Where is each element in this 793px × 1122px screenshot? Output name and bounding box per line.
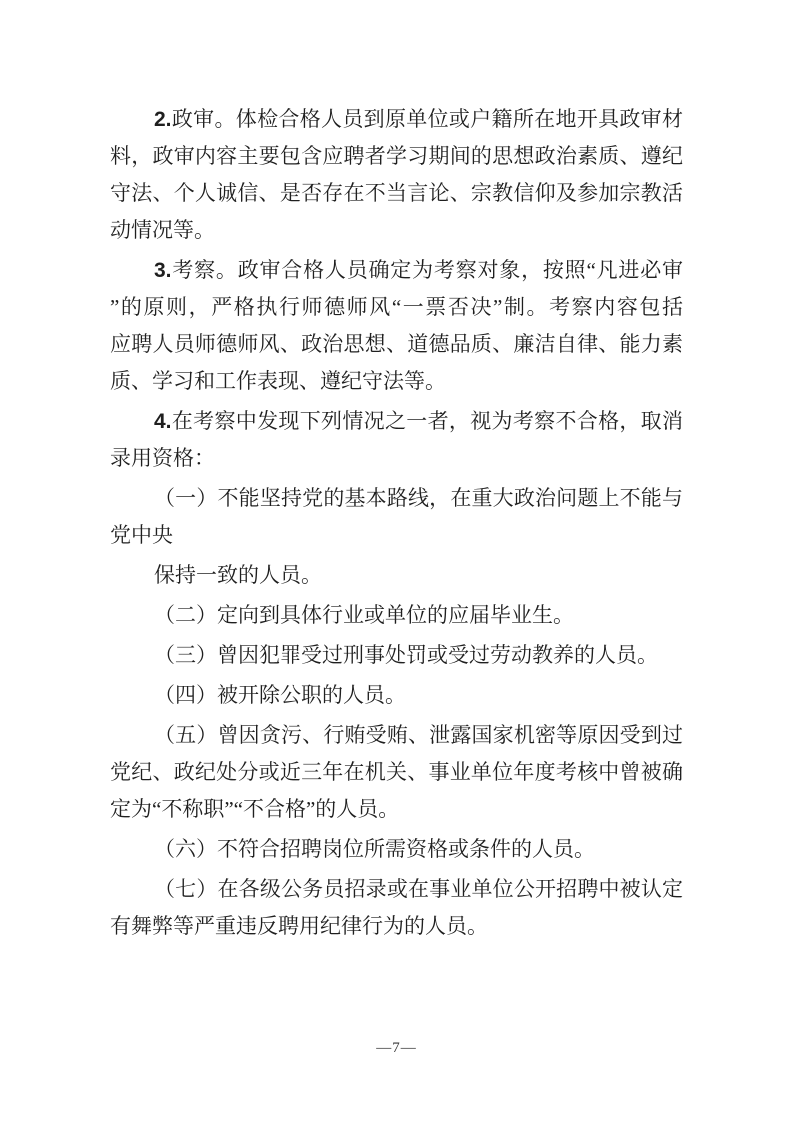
text-line: 质、学习和工作表现、遵纪守法等。 — [110, 363, 683, 400]
page-number: —7— — [0, 1040, 793, 1057]
clause-3: （三）曾因犯罪受过刑事处罚或受过劳动教养的人员。 — [110, 637, 683, 674]
paragraph-2-political-review: 2.政审。体检合格人员到原单位或户籍所在地开具政审材 料，政审内容主要包含应聘者… — [110, 101, 683, 249]
text-line: 动情况等。 — [110, 212, 683, 249]
text-line: 4.在考察中发现下列情况之一者，视为考察不合格，取消 — [110, 403, 683, 440]
text-line: （五）曾因贪污、行贿受贿、泄露国家机密等原因受到过 — [110, 717, 683, 754]
text-line: 3.考察。政审合格人员确定为考察对象，按照“凡进必审 — [110, 252, 683, 289]
list-number: 4. — [154, 410, 172, 433]
clause-6: （六）不符合招聘岗位所需资格或条件的人员。 — [110, 831, 683, 868]
clause-1-continued: 保持一致的人员。 — [110, 557, 683, 594]
text-line: 定为“不称职”“不合格”的人员。 — [110, 791, 683, 828]
clause-2: （二）定向到具体行业或单位的应届毕业生。 — [110, 597, 683, 634]
text-line: 有舞弊等严重违反聘用纪律行为的人员。 — [110, 908, 683, 945]
text-line: （七）在各级公务员招录或在事业单位公开招聘中被认定 — [110, 871, 683, 908]
text-line: 党纪、政纪处分或近三年在机关、事业单位年度考核中曾被确 — [110, 754, 683, 791]
text-line: （六）不符合招聘岗位所需资格或条件的人员。 — [110, 831, 683, 868]
text-line: （四）被开除公职的人员。 — [110, 677, 683, 714]
text-line: 党中央 — [110, 517, 683, 554]
text-line: 保持一致的人员。 — [110, 557, 683, 594]
paragraph-3-inspection: 3.考察。政审合格人员确定为考察对象，按照“凡进必审 ”的原则，严格执行师德师风… — [110, 252, 683, 400]
line-text: 在考察中发现下列情况之一者，视为考察不合格，取消 — [172, 409, 683, 433]
clause-4: （四）被开除公职的人员。 — [110, 677, 683, 714]
text-line: 录用资格： — [110, 440, 683, 477]
text-line: ”的原则，严格执行师德师风“一票否决”制。考察内容包括 — [110, 289, 683, 326]
text-line: （一）不能坚持党的基本路线，在重大政治问题上不能与 — [110, 480, 683, 517]
paragraph-4-disqualification-intro: 4.在考察中发现下列情况之一者，视为考察不合格，取消 录用资格： — [110, 403, 683, 477]
text-line: 2.政审。体检合格人员到原单位或户籍所在地开具政审材 — [110, 101, 683, 138]
text-line: （三）曾因犯罪受过刑事处罚或受过劳动教养的人员。 — [110, 637, 683, 674]
line-text: 考察。政审合格人员确定为考察对象，按照“凡进必审 — [172, 258, 683, 282]
text-line: 应聘人员师德师风、政治思想、道德品质、廉洁自律、能力素 — [110, 326, 683, 363]
clause-5: （五）曾因贪污、行贿受贿、泄露国家机密等原因受到过 党纪、政纪处分或近三年在机关… — [110, 717, 683, 828]
document-page: 2.政审。体检合格人员到原单位或户籍所在地开具政审材 料，政审内容主要包含应聘者… — [0, 0, 793, 1122]
list-number: 3. — [154, 259, 172, 282]
list-number: 2. — [154, 108, 172, 131]
clause-1: （一）不能坚持党的基本路线，在重大政治问题上不能与 党中央 — [110, 480, 683, 554]
line-text: 政审。体检合格人员到原单位或户籍所在地开具政审材 — [172, 107, 683, 131]
clause-7: （七）在各级公务员招录或在事业单位公开招聘中被认定 有舞弊等严重违反聘用纪律行为… — [110, 871, 683, 945]
text-line: 料，政审内容主要包含应聘者学习期间的思想政治素质、遵纪 — [110, 138, 683, 175]
page-content: 2.政审。体检合格人员到原单位或户籍所在地开具政审材 料，政审内容主要包含应聘者… — [110, 101, 683, 948]
text-line: （二）定向到具体行业或单位的应届毕业生。 — [110, 597, 683, 634]
text-line: 守法、个人诚信、是否存在不当言论、宗教信仰及参加宗教活 — [110, 175, 683, 212]
